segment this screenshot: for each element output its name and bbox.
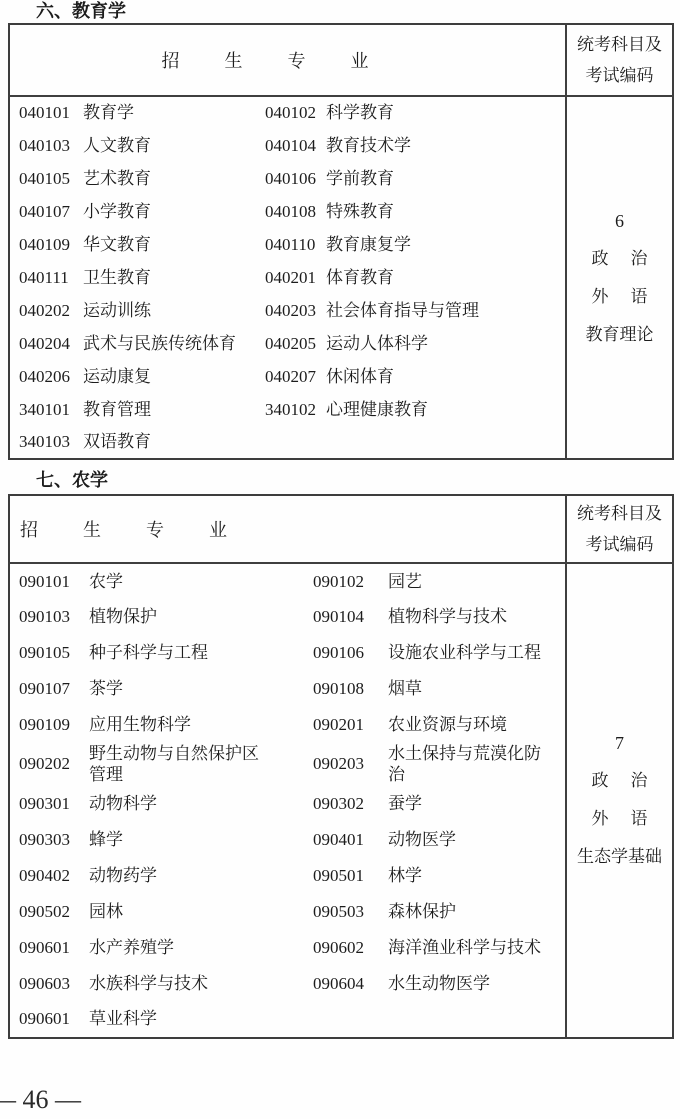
- major-name: 水土保持与荒漠化防治: [388, 743, 566, 786]
- major-code: 040111: [9, 261, 83, 294]
- major-name: 动物医学: [388, 822, 566, 858]
- major-code: 040206: [9, 360, 83, 393]
- major-code: 090104: [304, 599, 388, 635]
- major-name: 植物科学与技术: [388, 599, 566, 635]
- major-code: 040103: [9, 129, 83, 162]
- major-name: 水族科学与技术: [89, 966, 304, 1002]
- major-code: 040207: [256, 360, 326, 393]
- majors-header-label: 招生专业: [9, 495, 566, 563]
- major-code: 040105: [9, 162, 83, 195]
- major-code: 040109: [9, 228, 83, 261]
- document-page: 六、教育学 招生专业 统考科目及 考试编码 040101教育学040102科学教…: [0, 0, 680, 1119]
- major-name: 动物药学: [89, 858, 304, 894]
- major-code: 040108: [256, 195, 326, 228]
- major-code: 090601: [9, 930, 89, 966]
- major-code: 090203: [304, 743, 388, 786]
- section-title-agriculture: 七、农学: [36, 469, 680, 492]
- major-name: 林学: [388, 858, 566, 894]
- major-code: 090302: [304, 786, 388, 822]
- exam-subject: 生态学基础: [567, 838, 672, 876]
- major-name: 双语教育: [83, 426, 256, 459]
- major-name: 体育教育: [326, 261, 566, 294]
- exam-subject: 政治: [567, 762, 672, 800]
- major-code: [304, 1002, 388, 1038]
- major-code: 090301: [9, 786, 89, 822]
- major-name: 蚕学: [388, 786, 566, 822]
- major-code: 090107: [9, 671, 89, 707]
- page-number: — 46 —: [0, 1085, 81, 1115]
- major-name: 华文教育: [83, 228, 256, 261]
- exam-subjects-cell: 7政治外语生态学基础: [566, 563, 673, 1038]
- major-code: 040101: [9, 96, 83, 129]
- major-code: 090603: [9, 966, 89, 1002]
- major-code: 090102: [304, 563, 388, 599]
- major-name: 运动康复: [83, 360, 256, 393]
- exam-subject: 政治: [567, 240, 672, 278]
- major-name: 设施农业科学与工程: [388, 635, 566, 671]
- major-name: 科学教育: [326, 96, 566, 129]
- major-name: [388, 1002, 566, 1038]
- major-name: 运动人体科学: [326, 327, 566, 360]
- major-code: 340101: [9, 393, 83, 426]
- exam-subjects-header: 统考科目及 考试编码: [566, 495, 673, 563]
- major-code: 090401: [304, 822, 388, 858]
- major-code: 040104: [256, 129, 326, 162]
- major-code: 040205: [256, 327, 326, 360]
- major-name: 教育管理: [83, 393, 256, 426]
- major-name: 人文教育: [83, 129, 256, 162]
- major-name: 小学教育: [83, 195, 256, 228]
- table-header-row: 招生专业 统考科目及 考试编码: [9, 495, 673, 563]
- exam-subject: 外语: [567, 278, 672, 316]
- major-name: 特殊教育: [326, 195, 566, 228]
- major-name: 种子科学与工程: [89, 635, 304, 671]
- major-row: 090101农学090102园艺7政治外语生态学基础: [9, 563, 673, 599]
- major-row: 040101教育学040102科学教育6政治外语教育理论: [9, 96, 673, 129]
- major-name: 社会体育指导与管理: [326, 294, 566, 327]
- major-name: 教育学: [83, 96, 256, 129]
- major-code: 090202: [9, 743, 89, 786]
- major-code: 090502: [9, 894, 89, 930]
- agriculture-majors-table: 招生专业 统考科目及 考试编码 090101农学090102园艺7政治外语生态学…: [8, 494, 674, 1039]
- major-code: 040110: [256, 228, 326, 261]
- section-agriculture: 七、农学 招生专业 统考科目及 考试编码 090101农学090102园艺7政治…: [0, 469, 680, 1039]
- major-code: 090105: [9, 635, 89, 671]
- major-code: 340102: [256, 393, 326, 426]
- section-education: 六、教育学 招生专业 统考科目及 考试编码 040101教育学040102科学教…: [0, 0, 680, 460]
- section-title-education: 六、教育学: [36, 0, 680, 23]
- exam-code-number: 6: [567, 202, 672, 240]
- major-name: 海洋渔业科学与技术: [388, 930, 566, 966]
- major-name: 水生动物医学: [388, 966, 566, 1002]
- major-name: 学前教育: [326, 162, 566, 195]
- major-name: 休闲体育: [326, 360, 566, 393]
- exam-header-line1: 统考科目及: [567, 498, 672, 529]
- major-name: 森林保护: [388, 894, 566, 930]
- major-name: 运动训练: [83, 294, 256, 327]
- major-code: 090103: [9, 599, 89, 635]
- major-code: 040102: [256, 96, 326, 129]
- exam-header-line2: 考试编码: [567, 529, 672, 560]
- exam-subject: 外语: [567, 800, 672, 838]
- major-code: 040106: [256, 162, 326, 195]
- major-code: 040201: [256, 261, 326, 294]
- major-code: 090201: [304, 707, 388, 743]
- major-name: 应用生物科学: [89, 707, 304, 743]
- major-name: 动物科学: [89, 786, 304, 822]
- exam-code-number: 7: [567, 724, 672, 762]
- major-name: 植物保护: [89, 599, 304, 635]
- major-code: 040204: [9, 327, 83, 360]
- major-name: 农业资源与环境: [388, 707, 566, 743]
- major-name: 教育康复学: [326, 228, 566, 261]
- major-name: 茶学: [89, 671, 304, 707]
- major-name: 园艺: [388, 563, 566, 599]
- major-name: [326, 426, 566, 459]
- major-code: 090503: [304, 894, 388, 930]
- major-name: 艺术教育: [83, 162, 256, 195]
- major-name: 园林: [89, 894, 304, 930]
- major-name: 农学: [89, 563, 304, 599]
- major-code: [256, 426, 326, 459]
- major-name: 卫生教育: [83, 261, 256, 294]
- major-name: 武术与民族传统体育: [83, 327, 256, 360]
- majors-header-label: 招生专业: [9, 24, 566, 96]
- major-name: 野生动物与自然保护区管理: [89, 743, 304, 786]
- exam-subject: 教育理论: [567, 316, 672, 354]
- table-header-row: 招生专业 统考科目及 考试编码: [9, 24, 673, 96]
- major-name: 草业科学: [89, 1002, 304, 1038]
- major-code: 090501: [304, 858, 388, 894]
- education-majors-table: 招生专业 统考科目及 考试编码 040101教育学040102科学教育6政治外语…: [8, 23, 674, 460]
- major-name: 心理健康教育: [326, 393, 566, 426]
- major-code: 040202: [9, 294, 83, 327]
- major-code: 340103: [9, 426, 83, 459]
- major-code: 090402: [9, 858, 89, 894]
- major-code: 090601: [9, 1002, 89, 1038]
- exam-header-line1: 统考科目及: [567, 29, 672, 60]
- exam-header-line2: 考试编码: [567, 60, 672, 91]
- major-name: 水产养殖学: [89, 930, 304, 966]
- exam-subjects-header: 统考科目及 考试编码: [566, 24, 673, 96]
- major-name: 烟草: [388, 671, 566, 707]
- major-code: 040203: [256, 294, 326, 327]
- major-name: 蜂学: [89, 822, 304, 858]
- major-code: 090303: [9, 822, 89, 858]
- major-code: 090101: [9, 563, 89, 599]
- major-code: 090106: [304, 635, 388, 671]
- major-name: 教育技术学: [326, 129, 566, 162]
- major-code: 090109: [9, 707, 89, 743]
- exam-subjects-cell: 6政治外语教育理论: [566, 96, 673, 459]
- major-code: 040107: [9, 195, 83, 228]
- major-code: 090604: [304, 966, 388, 1002]
- major-code: 090602: [304, 930, 388, 966]
- major-code: 090108: [304, 671, 388, 707]
